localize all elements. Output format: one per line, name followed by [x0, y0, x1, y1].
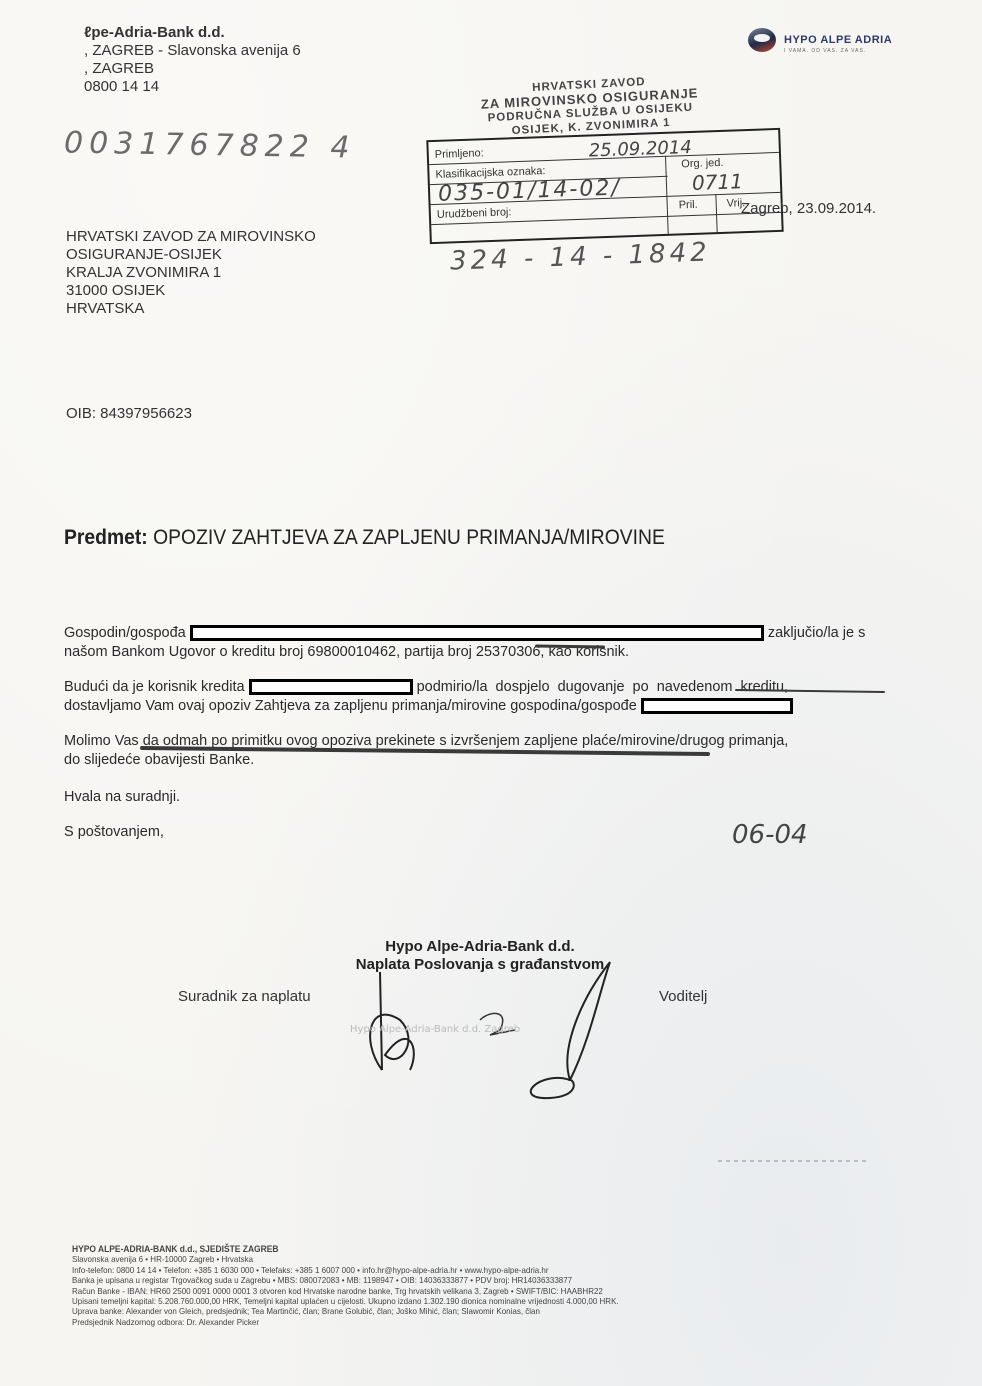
logo-mark-icon: [748, 28, 776, 52]
sender-phone: 0800 14 14: [84, 78, 301, 96]
stamp-label-received: Primljeno:: [435, 147, 484, 161]
signature-bank: Hypo Alpe-Adria-Bank d.d.: [280, 938, 680, 956]
recipient-line: 31000 OSIJEK: [66, 282, 316, 300]
redacted-name: [190, 625, 764, 641]
para-text: Budući da je korisnik kredita: [64, 679, 245, 695]
recipient-address: HRVATSKI ZAVOD ZA MIROVINSKO OSIGURANJE-…: [66, 228, 316, 318]
recipient-line: HRVATSKI ZAVOD ZA MIROVINSKO: [66, 228, 316, 246]
stamp-org-unit-value: 0711: [692, 169, 744, 195]
stamp-label-registry-number: Urudžbeni broj:: [437, 206, 512, 221]
role-collector: Suradnik za naplatu: [178, 988, 311, 1005]
stamp-label-org-unit: Org. jed.: [681, 157, 724, 170]
sender-block: ℓpe-Adria-Bank d.d. , ZAGREB - Slavonska…: [84, 24, 301, 96]
signature-scribbles: Hypo Alpe-Adria-Bank d.d. Zagreb: [340, 960, 640, 1100]
sender-city: , ZAGREB: [84, 60, 301, 78]
redacted-name: [249, 679, 413, 695]
footer-line: Predsjednik Nadzornog odbora: Dr. Alexan…: [72, 1317, 619, 1327]
closing-line: S poštovanjem,: [64, 823, 164, 842]
footer-line: Info-telefon: 0800 14 14 • Telefon: +385…: [72, 1265, 619, 1275]
recipient-line: HRVATSKA: [66, 300, 316, 318]
paragraph-contract: Gospodin/gospođa zaključio/la je s našom…: [64, 624, 865, 662]
registry-number-handwritten: 324 - 14 - 1842: [450, 237, 712, 276]
footer-line: Račun Banke - IBAN: HR60 2500 0091 0000 …: [72, 1286, 619, 1296]
letter-footer: HYPO ALPE-ADRIA-BANK d.d., SJEDIŠTE ZAGR…: [72, 1244, 619, 1327]
thanks-line: Hvala na suradnji.: [64, 788, 180, 807]
redacted-name: [641, 698, 793, 714]
logo-name: HYPO ALPE ADRIA: [784, 34, 892, 46]
footer-title: HYPO ALPE-ADRIA-BANK d.d., SJEDIŠTE ZAGR…: [72, 1244, 619, 1254]
role-manager: Voditelj: [659, 988, 707, 1005]
recipient-oib: OIB: 84397956623: [66, 405, 192, 422]
subject-line: Predmet: OPOZIV ZAHTJEVA ZA ZAPLJENU PRI…: [64, 526, 665, 550]
para-text: podmirio/la dospjelo dugovanje po navede…: [417, 679, 788, 695]
letter-date: Zagreb, 23.09.2014.: [741, 200, 876, 217]
handwritten-note: 06-04: [732, 820, 808, 850]
logo-tagline: I VAMA. OD VAS. ZA VAS.: [784, 48, 866, 54]
footer-line: Upisani temeljni kapital: 5.208.760.000,…: [72, 1296, 619, 1306]
receipt-stamp-box: Primljeno: Klasifikacijska oznaka: Org. …: [426, 128, 783, 244]
subject-label: Predmet:: [64, 526, 148, 549]
stamp-classification-value: 035-01/14-02/: [438, 175, 621, 206]
svg-text:Hypo Alpe-Adria-Bank d.d. Zagr: Hypo Alpe-Adria-Bank d.d. Zagreb: [350, 1024, 520, 1035]
handwritten-reference: 0031767822 4: [64, 125, 356, 165]
stamp-received-date: 25.09.2014: [588, 137, 692, 162]
subject-text: OPOZIV ZAHTJEVA ZA ZAPLJENU PRIMANJA/MIR…: [153, 526, 665, 549]
paragraph-settled: Budući da je korisnik kredita podmirio/l…: [64, 678, 793, 716]
letter-page: ℓpe-Adria-Bank d.d. , ZAGREB - Slavonska…: [0, 0, 982, 1386]
footer-line: Uprava banke: Alexander von Gleich, pred…: [72, 1306, 619, 1316]
stamp-label-attachments: Pril.: [679, 199, 698, 212]
recipient-line: KRALJA ZVONIMIRA 1: [66, 264, 316, 282]
footer-line: Banka je upisana u registar Trgovačkog s…: [72, 1275, 619, 1285]
sender-address: , ZAGREB - Slavonska avenija 6: [84, 42, 301, 60]
para-text: dostavljamo Vam ovaj opoziv Zahtjeva za …: [64, 698, 637, 714]
sender-name: ℓpe-Adria-Bank d.d.: [84, 24, 301, 42]
faint-stamp-mark: [718, 1160, 868, 1162]
footer-line: Slavonska avenija 6 • HR-10000 Zagreb • …: [72, 1254, 619, 1264]
para-text: našom Bankom Ugovor o kreditu broj 69800…: [64, 643, 865, 662]
recipient-line: OSIGURANJE-OSIJEK: [66, 246, 316, 264]
para-text: zaključio/la je s: [768, 625, 866, 641]
para-text: Gospodin/gospođa: [64, 625, 186, 641]
